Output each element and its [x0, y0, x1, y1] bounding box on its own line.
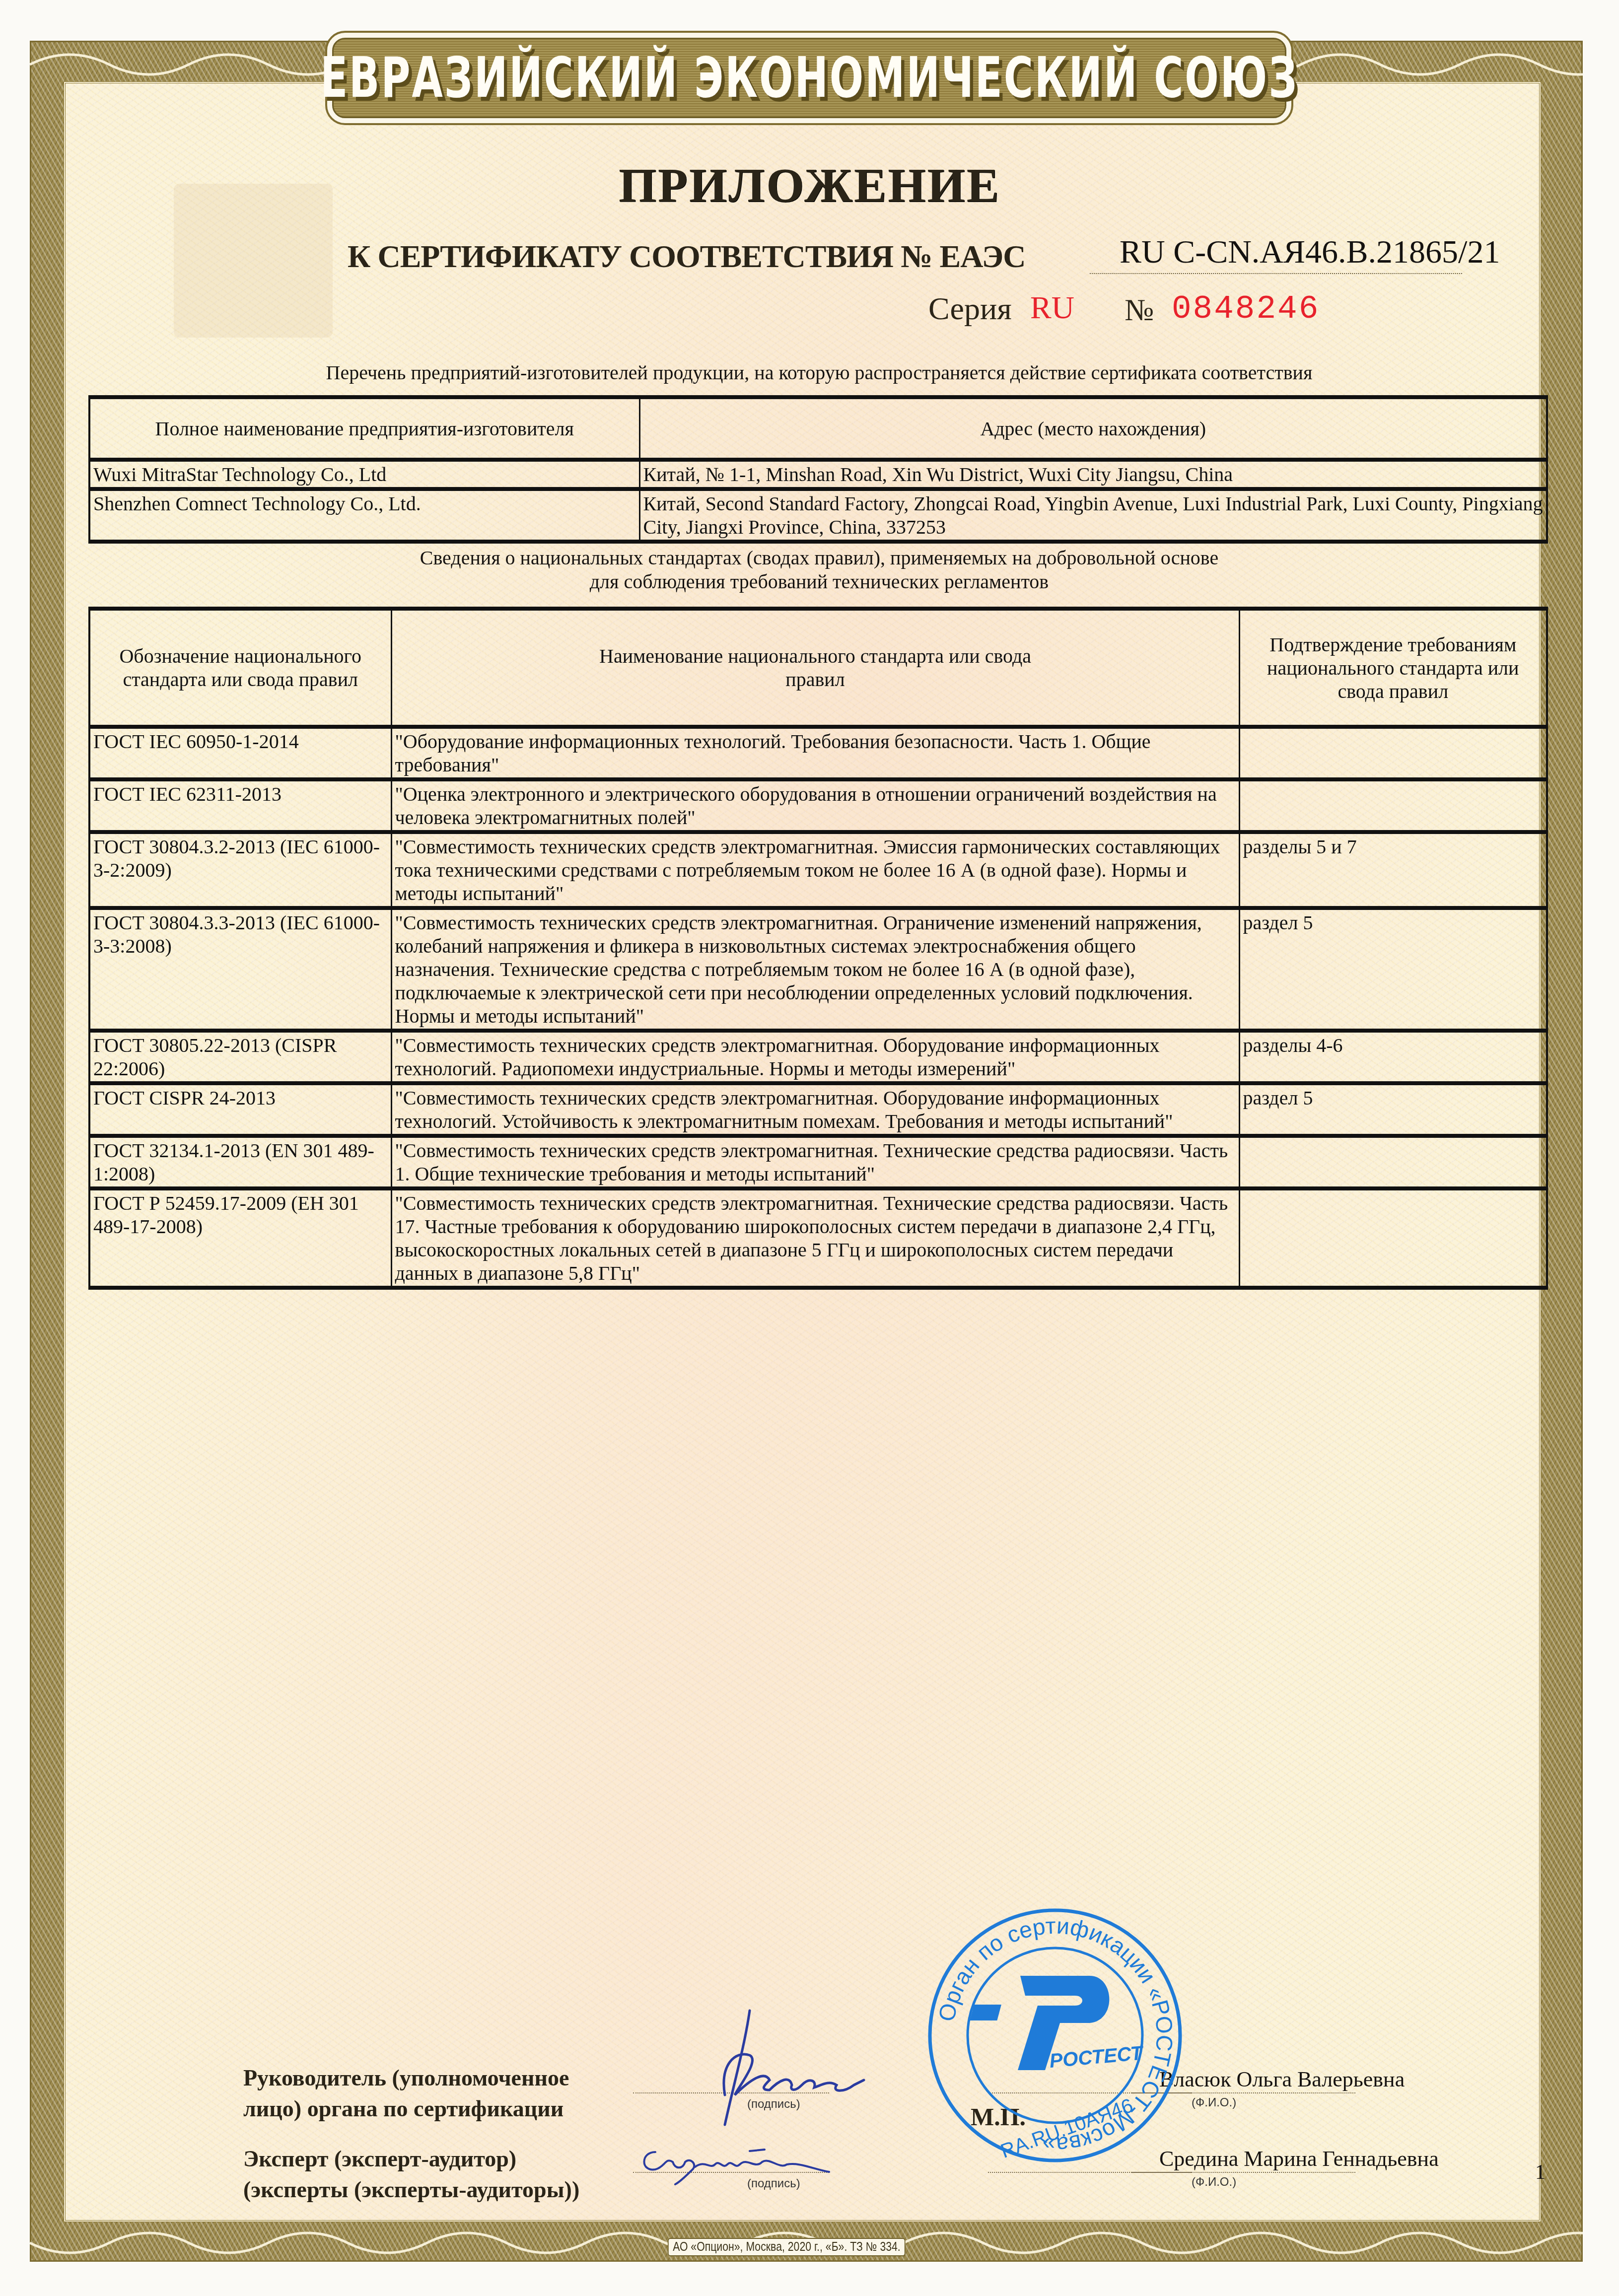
expert-label: Эксперт (эксперт-аудитор) (эксперты (экс…: [243, 2144, 579, 2205]
column-header-standard-title: Наименование национального стандарта или…: [391, 609, 1239, 727]
standards-table: Обозначение национального стандарта или …: [88, 607, 1548, 1290]
standard-confirmation: разделы 4-6: [1239, 1031, 1547, 1083]
standard-title: "Совместимость технических средств элект…: [391, 908, 1239, 1031]
manufacturer-address: Китай, № 1-1, Minshan Road, Xin Wu Distr…: [639, 460, 1547, 489]
series-label: Серия: [928, 290, 1012, 327]
standard-row: ГОСТ 30804.3.2-2013 (IEC 61000-3-2:2009)…: [89, 832, 1547, 908]
standard-title: "Оборудование информационных технологий.…: [391, 727, 1239, 779]
manufacturer-row: Wuxi MitraStar Technology Co., LtdКитай,…: [89, 460, 1547, 489]
standard-code: ГОСТ IEC 60950-1-2014: [89, 727, 391, 779]
standard-confirmation: раздел 5: [1239, 1083, 1547, 1136]
standard-title: "Совместимость технических средств элект…: [391, 1083, 1239, 1136]
manufacturer-name: Shenzhen Comnect Technology Co., Ltd.: [89, 489, 639, 542]
standard-code: ГОСТ 30804.3.2-2013 (IEC 61000-3-2:2009): [89, 832, 391, 908]
column-header-standard-code: Обозначение национального стандарта или …: [89, 609, 391, 727]
head-name-caption: (Ф.И.О.): [1192, 2096, 1236, 2110]
standard-row: ГОСТ CISPR 24-2013"Совместимость техниче…: [89, 1083, 1547, 1136]
standard-row: ГОСТ 30805.22-2013 (CISPR 22:2006)"Совме…: [89, 1031, 1547, 1083]
form-serial-number: 0848246: [1172, 290, 1320, 328]
standard-title: "Совместимость технических средств элект…: [391, 1136, 1239, 1188]
manufacturer-name: Wuxi MitraStar Technology Co., Ltd: [89, 460, 639, 489]
union-title: ЕВРАЗИЙСКИЙ ЭКОНОМИЧЕСКИЙ СОЮЗ: [320, 46, 1298, 110]
standard-code: ГОСТ 30804.3.3-2013 (IEC 61000-3-3:2008): [89, 908, 391, 1031]
certificate-label: К СЕРТИФИКАТУ СООТВЕТСТВИЯ № ЕАЭС: [348, 238, 1025, 275]
expert-full-name: Средина Марина Геннадьевна: [1159, 2146, 1439, 2171]
column-header-address: Адрес (место нахождения): [639, 397, 1547, 460]
standard-code: ГОСТ IEC 62311-2013: [89, 779, 391, 832]
standard-title: "Совместимость технических средств элект…: [391, 1188, 1239, 1288]
document-title: ПРИЛОЖЕНИЕ: [0, 158, 1619, 213]
standard-code: ГОСТ 30805.22-2013 (CISPR 22:2006): [89, 1031, 391, 1083]
expert-name-caption: (Ф.И.О.): [1192, 2175, 1236, 2189]
series-value: RU: [1030, 289, 1074, 326]
standards-caption-line1: Сведения о национальных стандартах (свод…: [74, 546, 1564, 570]
expert-handwritten-signature: [635, 2147, 834, 2187]
expert-name-line: [1132, 2172, 1355, 2173]
certificate-number-underline: [1090, 273, 1462, 274]
standard-confirmation: раздел 5: [1239, 908, 1547, 1031]
standard-confirmation: [1239, 727, 1547, 779]
standards-caption: Сведения о национальных стандартах (свод…: [74, 546, 1564, 594]
standard-code: ГОСТ CISPR 24-2013: [89, 1083, 391, 1136]
standard-row: ГОСТ 32134.1-2013 (EN 301 489-1:2008)"Со…: [89, 1136, 1547, 1188]
standard-row: ГОСТ IEC 62311-2013"Оценка электронного …: [89, 779, 1547, 832]
standard-title: "Совместимость технических средств элект…: [391, 1031, 1239, 1083]
standard-code: ГОСТ Р 52459.17-2009 (ЕН 301 489-17-2008…: [89, 1188, 391, 1288]
standard-row: ГОСТ 30804.3.3-2013 (IEC 61000-3-3:2008)…: [89, 908, 1547, 1031]
certificate-number: RU C-CN.АЯ46.В.21865/21: [1120, 233, 1500, 271]
standard-row: ГОСТ IEC 60950-1-2014"Оборудование инфор…: [89, 727, 1547, 779]
column-header-manufacturer: Полное наименование предприятия-изготови…: [89, 397, 639, 460]
column-header-confirmation: Подтверждение требованиям национального …: [1239, 609, 1547, 727]
standard-title: "Оценка электронного и электрического об…: [391, 779, 1239, 832]
page-number: 1: [1535, 2160, 1546, 2184]
standard-confirmation: [1239, 1136, 1547, 1188]
certification-body-stamp: Орган по сертификации «РОСТЕСТ-Москва» Р…: [926, 1906, 1184, 2164]
standard-confirmation: [1239, 1188, 1547, 1288]
manufacturers-caption: Перечень предприятий-изготовителей проду…: [74, 361, 1564, 385]
manufacturer-address: Китай, Second Standard Factory, Zhongcai…: [639, 489, 1547, 542]
printer-imprint: АО «Опцион», Москва, 2020 г., «Б». ТЗ № …: [668, 2238, 906, 2256]
svg-text:РОСТЕСТ: РОСТЕСТ: [1049, 2042, 1145, 2072]
manufacturer-row: Shenzhen Comnect Technology Co., Ltd.Кит…: [89, 489, 1547, 542]
standard-title: "Совместимость технических средств элект…: [391, 832, 1239, 908]
union-banner: ЕВРАЗИЙСКИЙ ЭКОНОМИЧЕСКИЙ СОЮЗ: [325, 31, 1293, 125]
head-of-body-label: Руководитель (уполномоченное лицо) орган…: [243, 2063, 569, 2124]
standard-code: ГОСТ 32134.1-2013 (EN 301 489-1:2008): [89, 1136, 391, 1188]
head-handwritten-signature: [705, 2006, 869, 2130]
standard-confirmation: разделы 5 и 7: [1239, 832, 1547, 908]
standard-row: ГОСТ Р 52459.17-2009 (ЕН 301 489-17-2008…: [89, 1188, 1547, 1288]
manufacturers-table: Полное наименование предприятия-изготови…: [88, 395, 1548, 544]
standards-caption-line2: для соблюдения требований технических ре…: [74, 570, 1564, 594]
head-full-name: Власюк Ольга Валерьевна: [1159, 2067, 1405, 2092]
form-number-label: №: [1125, 293, 1154, 328]
standard-confirmation: [1239, 779, 1547, 832]
